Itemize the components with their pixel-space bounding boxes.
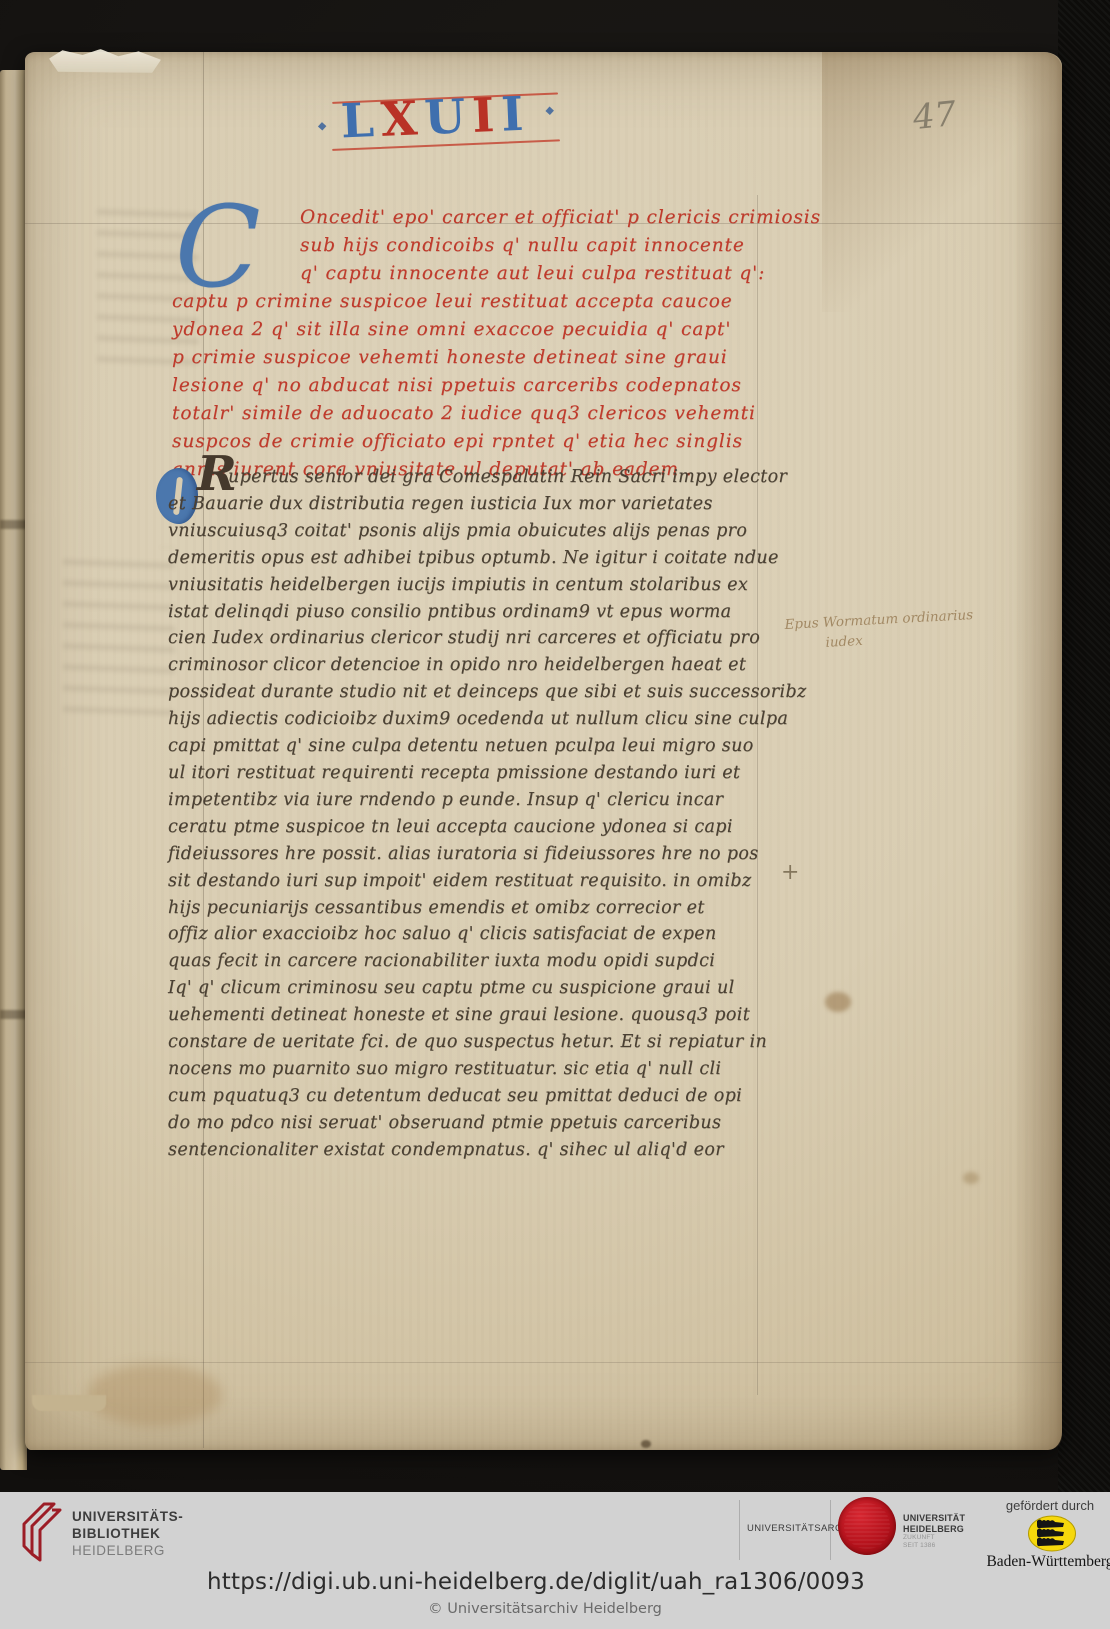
heading-letter: I — [471, 88, 502, 144]
ink-stain — [87, 1364, 222, 1426]
library-city-line: HEIDELBERG — [72, 1542, 183, 1559]
margin-note: Epus Wormatum ordinarius iudex — [784, 605, 975, 655]
heading-ornament-diamond — [318, 122, 326, 130]
persistent-url: https://digi.ub.uni-heidelberg.de/diglit… — [0, 1569, 1072, 1595]
footer-bar: UNIVERSITÄTS- BIBLIOTHEK HEIDELBERG UNIV… — [0, 1492, 1110, 1629]
heading-letter: X — [380, 91, 426, 148]
rubric-line: ydonea 2 q' sit illa sine omni exaccoe p… — [172, 316, 772, 344]
body-line: vniusitatis heidelbergen iucijs impiutis… — [168, 572, 772, 599]
body-line: upertus senior dei gra Comespalatin Rein… — [168, 464, 772, 491]
ink-stain — [641, 1440, 651, 1448]
body-line: possideat durante studio nit et deinceps… — [168, 679, 772, 706]
book-page-edges — [0, 70, 27, 1470]
heading-letter: U — [423, 89, 473, 146]
body-line: criminosor clicor detencioe in opido nro… — [168, 652, 772, 679]
body-line: ceratu ptme suspicoe tn leui accepta cau… — [168, 814, 772, 841]
body-line: quas fecit in carcere racionabiliter iux… — [168, 948, 772, 975]
page-fold-shadow — [1014, 52, 1062, 1450]
body-line: impetentibz via iure rndendo p eunde. In… — [168, 787, 772, 814]
body-line: cum pquatuq3 cu detentum deducat seu pmi… — [168, 1083, 772, 1110]
body-line: vniuscuiusq3 coitat' psonis alijs pmia o… — [168, 518, 772, 545]
rubric-line: Oncedit' epo' carcer et officiat' p cler… — [172, 204, 772, 232]
baden-wuerttemberg-crest-icon — [1027, 1515, 1077, 1557]
body-text: upertus senior dei gra Comespalatin Rein… — [168, 464, 772, 1164]
body-line: sentencionaliter existat condempnatus. q… — [168, 1137, 772, 1164]
footer-divider — [739, 1500, 740, 1560]
folio-number: 47 — [911, 94, 958, 138]
page-bottom-edge — [32, 1395, 106, 1411]
body-line: et Bauarie dux distributia regen iustici… — [168, 491, 772, 518]
body-line: istat delinqdi piuso consilio pntibus or… — [168, 599, 772, 626]
copyright-notice: © Universitätsarchiv Heidelberg — [0, 1601, 1090, 1617]
rubric-line: captu p crimine suspicoe leui restituat … — [172, 288, 772, 316]
rubric-line: lesione q' no abducat nisi ppetuis carce… — [172, 372, 772, 400]
rubric-line: sub hijs condicoibs q' nullu capit innoc… — [172, 232, 772, 260]
university-heidelberg-logo-text: UNIVERSITÄT HEIDELBERG ZUKUNFT SEIT 1386 — [903, 1513, 965, 1550]
page-edge-notch — [0, 520, 27, 529]
library-name-line: UNIVERSITÄTS- — [72, 1508, 183, 1525]
body-line: hijs pecuniarijs cessantibus emendis et … — [168, 895, 772, 922]
body-line: constare de ueritate fci. de quo suspect… — [168, 1029, 772, 1056]
rubric-line: suspcos de crimie officiato epi rpntet q… — [172, 428, 772, 456]
university-library-logo-text: UNIVERSITÄTS- BIBLIOTHEK HEIDELBERG — [72, 1508, 183, 1559]
university-name-line: HEIDELBERG — [903, 1524, 965, 1535]
chapter-heading: LXUII — [330, 83, 568, 157]
ink-stain — [963, 1172, 979, 1184]
body-line: demeritis opus est adhibei tpibus optumb… — [168, 545, 772, 572]
body-line: uehementi detineat honeste et sine graui… — [168, 1002, 772, 1029]
rubric-line: totalr' simile de aduocato 2 iudice quq3… — [172, 400, 772, 428]
margin-cross-mark: + — [781, 860, 799, 885]
manuscript-page: LXUII 47 C Oncedit' epo' carcer et offic… — [25, 52, 1062, 1450]
rubric-line: p crimie suspicoe vehemti honeste detine… — [172, 344, 772, 372]
chapter-number: LXUII — [340, 85, 532, 153]
heading-letter: I — [500, 87, 531, 143]
body-line: cien Iudex ordinarius clericor studij nr… — [168, 625, 772, 652]
body-line: offiz alior exaccioibz hoc saluo q' clic… — [168, 921, 772, 948]
body-line: sit destando iuri sup impoit' eidem rest… — [168, 868, 772, 895]
body-line: fideiussores hre possit. alias iuratoria… — [168, 841, 772, 868]
ink-stain — [825, 992, 851, 1012]
university-seal-icon — [838, 1497, 896, 1555]
heading-ornament-diamond — [545, 107, 553, 115]
funding-label: gefördert durch — [988, 1498, 1110, 1513]
heading-letter: L — [340, 93, 382, 150]
page-edge-notch — [0, 1010, 27, 1019]
background-fabric — [1058, 0, 1110, 1629]
torn-paper-fragment — [49, 49, 161, 73]
bleedthrough-text — [63, 547, 175, 727]
body-line: hijs adiectis codicioibz duxim9 ocedenda… — [168, 706, 772, 733]
body-line: ul itori restituat requirenti recepta pm… — [168, 760, 772, 787]
body-line: capi pmittat q' sine culpa detentu netue… — [168, 733, 772, 760]
body-line: nocens mo puarnito suo migro restituatur… — [168, 1056, 772, 1083]
body-line: do mo pdco nisi seruat' obseruand ptmie … — [168, 1110, 772, 1137]
body-line: Iq' q' clicum criminosu seu captu ptme c… — [168, 975, 772, 1002]
ruling-line-horizontal-bottom — [25, 1362, 1062, 1363]
university-motto-line: SEIT 1386 — [903, 1542, 965, 1550]
university-name-line: UNIVERSITÄT — [903, 1513, 965, 1524]
university-motto-line: ZUKUNFT — [903, 1534, 965, 1542]
university-library-logo-icon — [14, 1500, 64, 1569]
library-name-line: BIBLIOTHEK — [72, 1525, 183, 1542]
rubric-line: q' captu innocente aut leui culpa restit… — [172, 260, 772, 288]
rubric-text: Oncedit' epo' carcer et officiat' p cler… — [172, 204, 772, 484]
